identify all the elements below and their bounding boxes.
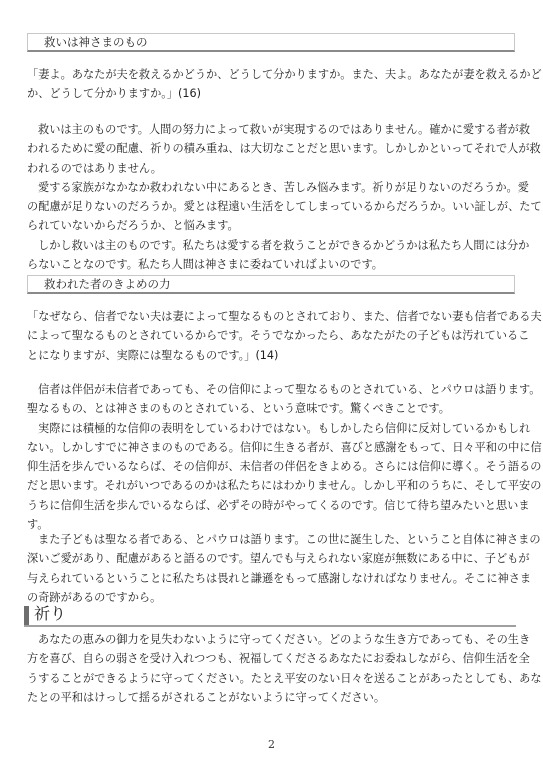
section-heading-label: 救いは神さまのもの	[44, 35, 148, 50]
page-number: 2	[0, 738, 543, 751]
body-line: あなたの恵みの御力を見失わないように守ってください。どのような生き方であっても、…	[27, 630, 517, 649]
prayer-title: 祈り	[34, 603, 66, 625]
body-line: われるために愛の配慮、祈りの積み重ね、は大切なことだと思います。しかしかといって…	[27, 139, 517, 158]
body-line: たとの平和はけっして揺るがされることがないように守ってください。	[27, 688, 517, 707]
quote-line: によって聖なるものとされているからです。そうでなかったら、あなたがたの子どもは汚…	[27, 326, 517, 345]
body-line: ない。しかしすでに神さまのものである。信仰に生きる者が、喜びと感謝をもって、日々…	[27, 438, 517, 457]
body-paragraphs: 救いは主のものです。人間の努力によって救いが実現するのではありません。確かに愛す…	[27, 120, 517, 274]
body-line: 聖なるもの、とは神さまのものとされている、という意味です。驚くべきことです。	[27, 399, 517, 418]
quote-line: 「なぜなら、信者でない夫は妻によって聖なるものとされており、また、信者でない妻も…	[27, 307, 517, 326]
quote-line: とになりますが、実際には聖なるものです。」(14)	[27, 346, 517, 365]
body-paragraphs: また子どもは聖なる者である、とパウロは語ります。この世に誕生した、ということ自体…	[27, 530, 517, 607]
body-line: 実際には積極的な信仰の表明をしているわけではない。もしかしたら信仰に反対している…	[27, 419, 517, 438]
quote-line: か、どうして分かりますか。」(16)	[27, 84, 517, 103]
body-line: 愛する家族がなかなか救われない中にあるとき、苦しみ悩みます。祈りが足りないのだろ…	[27, 178, 517, 197]
body-line: られていないからだろうか、と悩みます。	[27, 216, 517, 235]
section-heading-salvation: 救いは神さまのもの	[27, 33, 515, 52]
body-line: 信者は伴侶が未信者であっても、その信仰によって聖なるものとされている、とパウロは…	[27, 380, 517, 399]
body-line: 深いご愛があり、配慮があると語るのです。望んでも与えられない家庭が無数にある中に…	[27, 549, 517, 568]
body-line: 救いは主のものです。人間の努力によって救いが実現するのではありません。確かに愛す…	[27, 120, 517, 139]
body-line: われるのではありません。	[27, 159, 517, 178]
document-page: 救いは神さまのもの 「妻よ。あなたが夫を救えるかどうか、どうして分かりますか。ま…	[0, 0, 543, 768]
body-line: 与えられているということに私たちは畏れと謙遜をもって感謝しなければなりません。そ…	[27, 569, 517, 588]
heading-bar-icon	[24, 606, 29, 625]
body-line: らないことなのです。私たち人間は神さまに委ねていればよいのです。	[27, 255, 517, 274]
body-line: の配慮が足りないのだろうか。愛とは程遠い生活をしてしまっているからだろうか。いい…	[27, 197, 517, 216]
body-line: しかし救いは主のものです。私たちは愛する者を救うことができるかどうかは私たち人間…	[27, 236, 517, 255]
prayer-body: あなたの恵みの御力を見失わないように守ってください。どのような生き方であっても、…	[27, 630, 517, 707]
scripture-quote: 「なぜなら、信者でない夫は妻によって聖なるものとされており、また、信者でない妻も…	[27, 307, 517, 365]
body-line: 仰生活を歩んでいるならば、その信仰が、未信者の伴侶をきよめる。さらには信仰に導く…	[27, 457, 517, 476]
scripture-quote: 「妻よ。あなたが夫を救えるかどうか、どうして分かりますか。また、夫よ。あなたが妻…	[27, 65, 517, 104]
body-line: だと思います。それがいつであるのかは私たちにはわかりません。しかし平和のうちに、…	[27, 476, 517, 495]
section-heading-label: 救われた者のきよめの力	[44, 277, 171, 292]
body-paragraphs: 信者は伴侶が未信者であっても、その信仰によって聖なるものとされている、とパウロは…	[27, 380, 517, 534]
body-line: うちに信仰生活を歩んでいるならば、必ずその時がやってくるのです。信じて待ち望みた…	[27, 496, 517, 515]
section-heading-sanctifying-power: 救われた者のきよめの力	[27, 275, 515, 294]
prayer-heading: 祈り	[24, 603, 516, 627]
body-line: また子どもは聖なる者である、とパウロは語ります。この世に誕生した、ということ自体…	[27, 530, 517, 549]
quote-line: 「妻よ。あなたが夫を救えるかどうか、どうして分かりますか。また、夫よ。あなたが妻…	[27, 65, 517, 84]
body-line: うすることができるように守ってください。たとえ平安のない日々を送ることがあったと…	[27, 669, 517, 688]
body-line: 方を喜び、自らの弱さを受け入れつつも、祝福してくださるあなたにお委ねしながら、信…	[27, 649, 517, 668]
